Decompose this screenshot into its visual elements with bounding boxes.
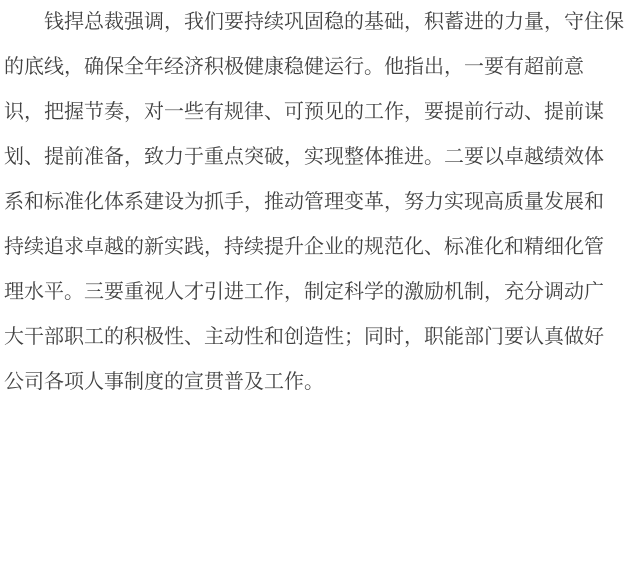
article-paragraph: 钱捍总裁强调，我们要持续巩固稳的基础，积蓄进的力量，守住保 的底线，确保全年经济… (0, 0, 638, 405)
paragraph-line: 的底线，确保全年经济积极健康稳健运行。他指出，一要有超前意 (4, 45, 634, 90)
paragraph-line: 公司各项人事制度的宣贯普及工作。 (4, 360, 634, 405)
paragraph-line: 系和标准化体系建设为抓手，推动管理变革，努力实现高质量发展和 (4, 180, 634, 225)
paragraph-line: 钱捍总裁强调，我们要持续巩固稳的基础，积蓄进的力量，守住保 (4, 0, 634, 45)
paragraph-line: 持续追求卓越的新实践，持续提升企业的规范化、标准化和精细化管 (4, 225, 634, 270)
paragraph-line: 识，把握节奏，对一些有规律、可预见的工作，要提前行动、提前谋 (4, 90, 634, 135)
paragraph-line: 大干部职工的积极性、主动性和创造性；同时，职能部门要认真做好 (4, 315, 634, 360)
paragraph-line: 划、提前准备，致力于重点突破，实现整体推进。二要以卓越绩效体 (4, 135, 634, 180)
paragraph-line: 理水平。三要重视人才引进工作，制定科学的激励机制，充分调动广 (4, 270, 634, 315)
